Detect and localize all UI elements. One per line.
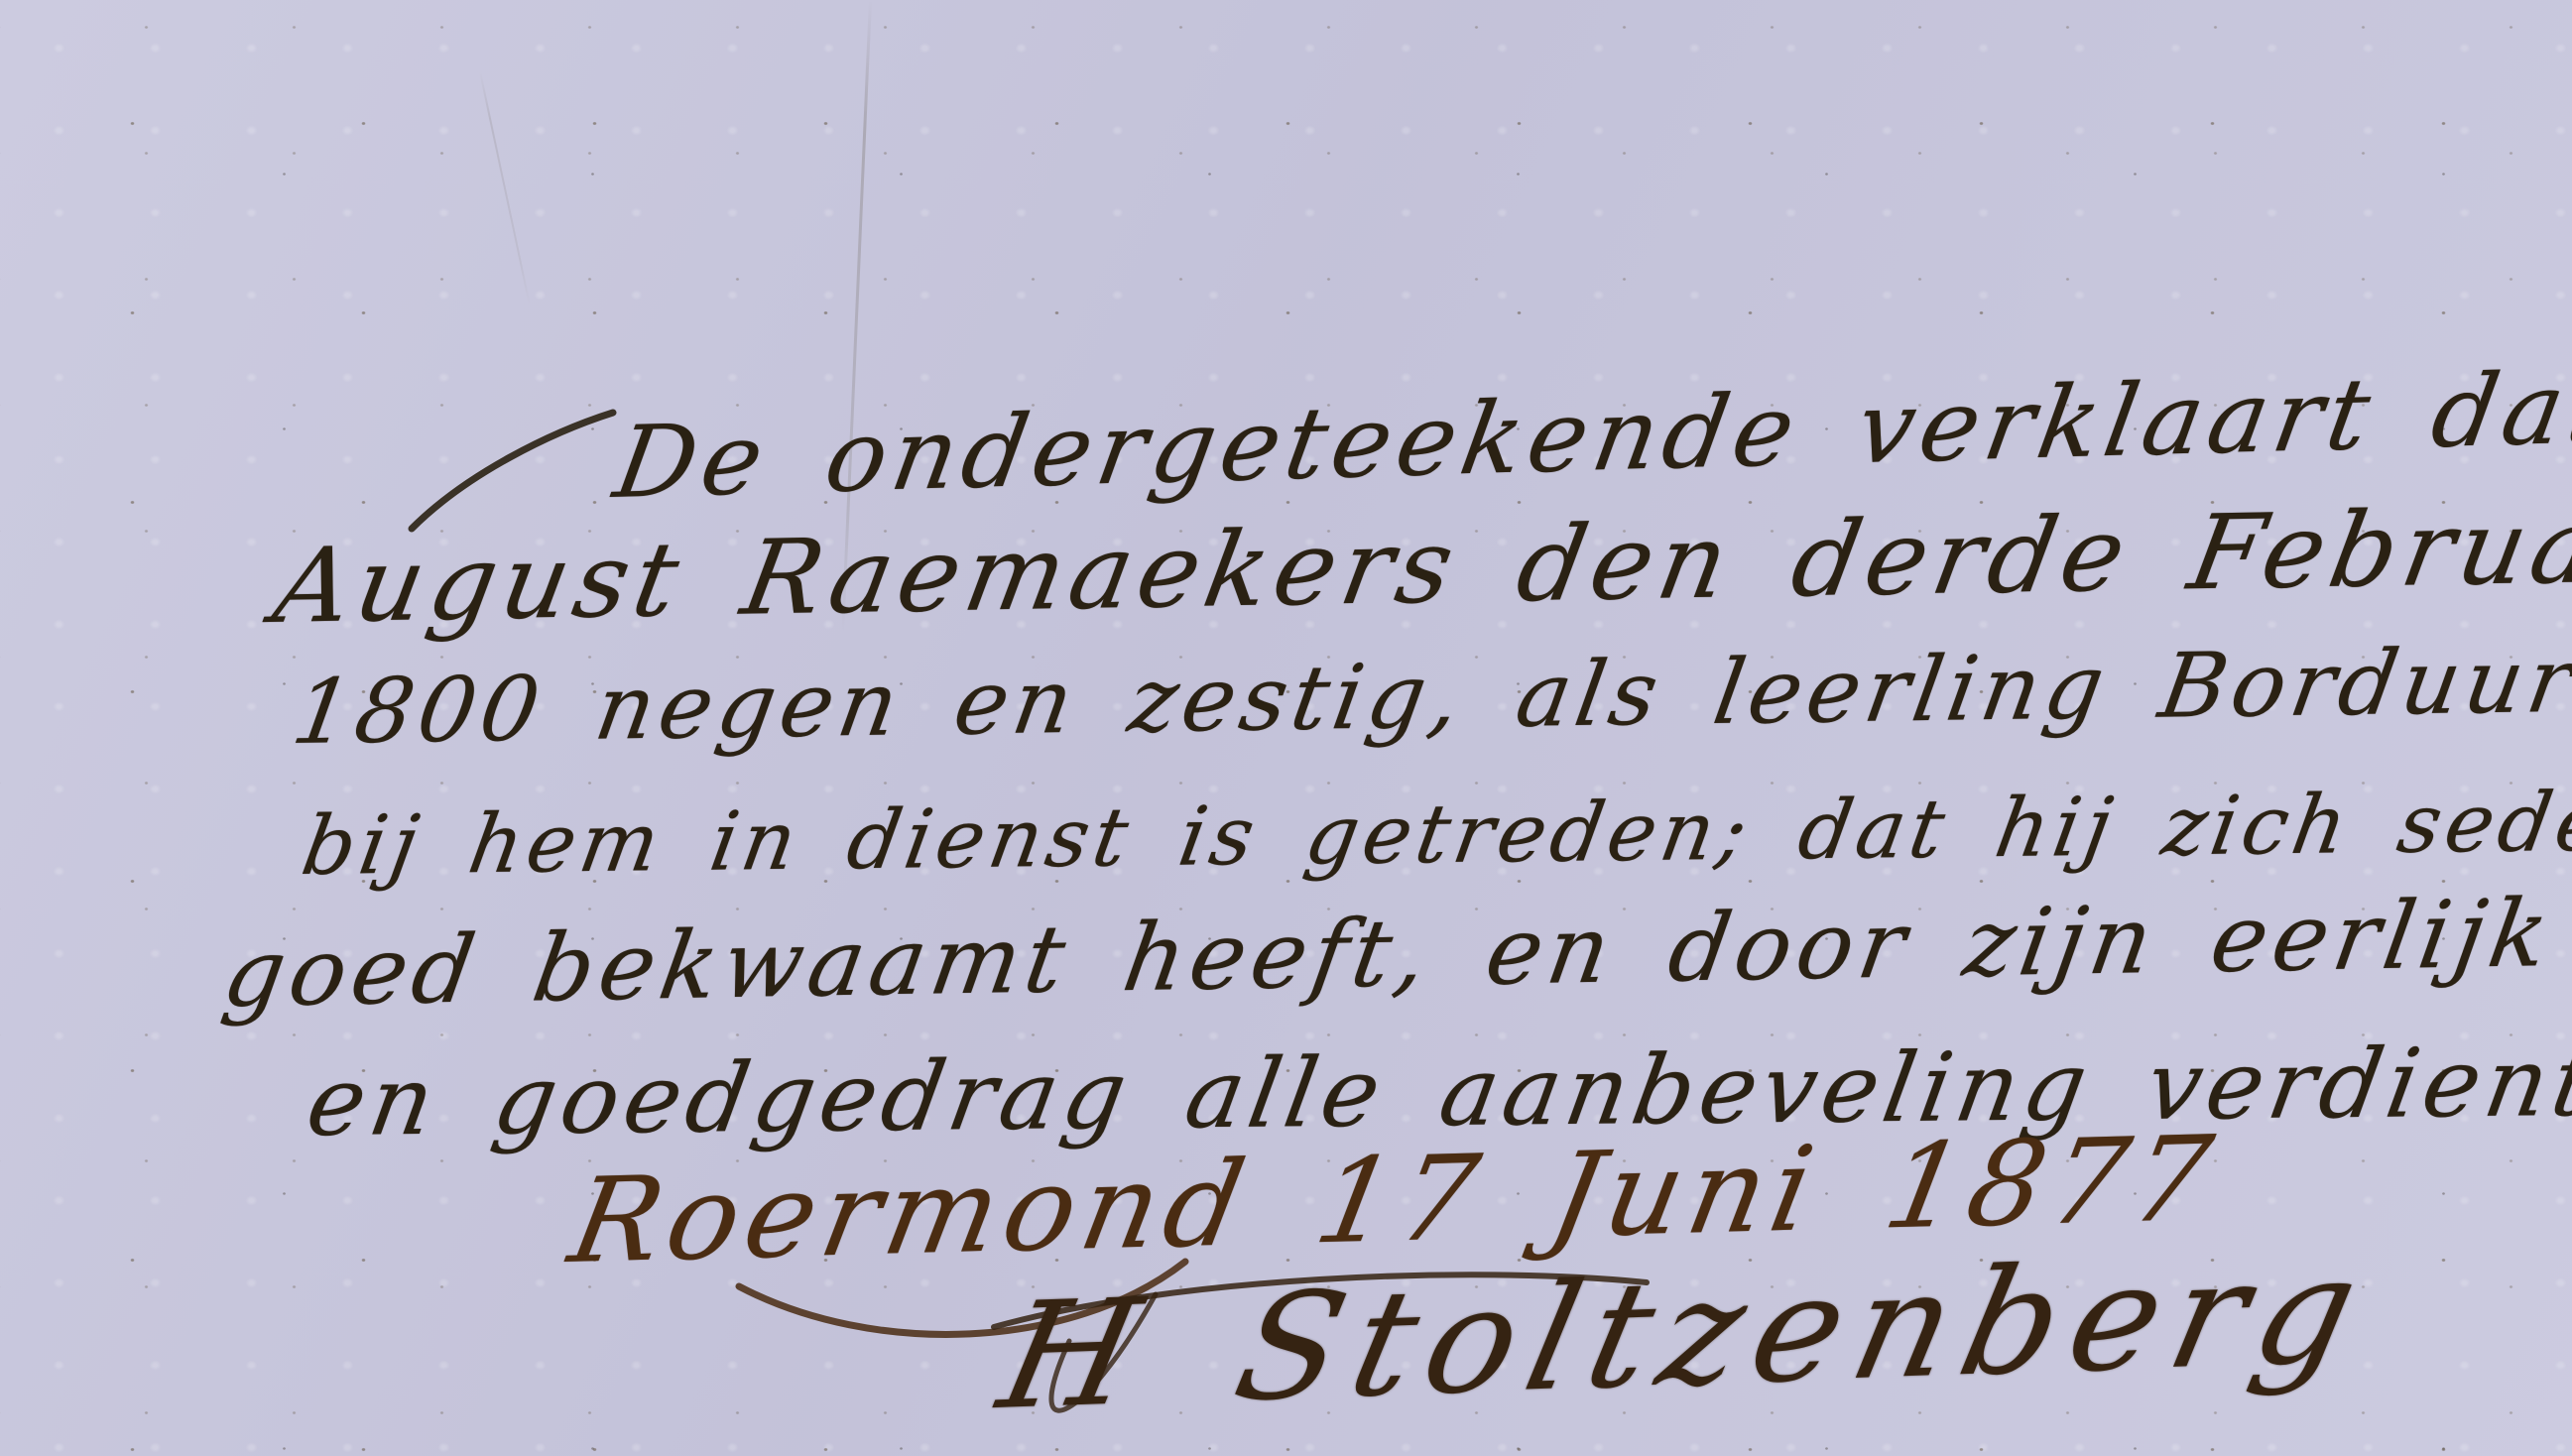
paper-crease-diagonal [479,71,531,304]
handwritten-line-5: goed bekwaamt heeft, en door zijn eerlij… [216,880,2561,1029]
opening-swash-stroke [412,413,613,529]
document-paper: De ondergeteekende verklaart dat August … [0,0,2572,1456]
handwritten-line-3: 1800 negen en zestig, als leerling Bordu… [286,627,2572,765]
handwritten-line-4: bij hem in dienst is getreden; dat hij z… [296,775,2572,894]
